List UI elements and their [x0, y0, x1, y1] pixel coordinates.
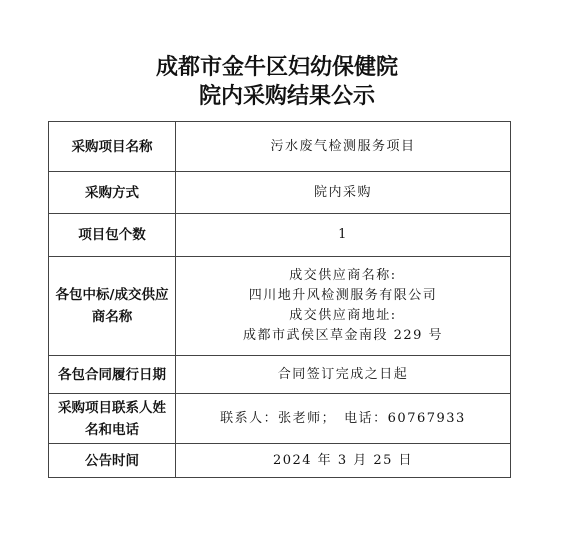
value-contact: 联系人：张老师； 电话：60767933	[176, 394, 511, 444]
label-supplier: 各包中标/成交供应 商名称	[49, 257, 176, 356]
supplier-name-label: 成交供应商名称:	[176, 266, 510, 286]
label-contract-date: 各包合同履行日期	[49, 356, 176, 394]
label-contact: 采购项目联系人姓 名和电话	[49, 394, 176, 444]
supplier-address-label: 成交供应商地址:	[176, 306, 510, 326]
document-title-line1: 成都市金牛区妇幼保健院	[0, 50, 558, 81]
supplier-name: 四川地升风检测服务有限公司	[176, 286, 510, 306]
label-supplier-line1: 各包中标/成交供应	[49, 284, 175, 306]
table-row-contract-date: 各包合同履行日期 合同签订完成之日起	[49, 356, 511, 394]
value-supplier: 成交供应商名称: 四川地升风检测服务有限公司 成交供应商地址: 成都市武侯区草金…	[176, 257, 511, 356]
label-supplier-line2: 商名称	[49, 306, 175, 328]
document-title-line2: 院内采购结果公示	[6, 79, 562, 110]
table-row-announcement-date: 公告时间 2024 年 3 月 25 日	[49, 444, 511, 478]
label-procurement-method: 采购方式	[49, 172, 176, 214]
value-procurement-method: 院内采购	[176, 172, 511, 214]
table-row-package-count: 项目包个数 1	[49, 214, 511, 257]
label-project-name: 采购项目名称	[49, 122, 176, 172]
value-announcement-date: 2024 年 3 月 25 日	[176, 444, 511, 478]
label-contact-line2: 名和电话	[49, 419, 175, 441]
value-project-name: 污水废气检测服务项目	[176, 122, 511, 172]
table-row-contact: 采购项目联系人姓 名和电话 联系人：张老师； 电话：60767933	[49, 394, 511, 444]
table-row-supplier: 各包中标/成交供应 商名称 成交供应商名称: 四川地升风检测服务有限公司 成交供…	[49, 257, 511, 356]
value-package-count: 1	[176, 214, 511, 257]
label-contact-line1: 采购项目联系人姓	[49, 397, 175, 419]
label-package-count: 项目包个数	[49, 214, 176, 257]
label-announcement-date: 公告时间	[49, 444, 176, 478]
procurement-result-table: 采购项目名称 污水废气检测服务项目 采购方式 院内采购 项目包个数 1 各包中标…	[48, 121, 511, 478]
table-row-procurement-method: 采购方式 院内采购	[49, 172, 511, 214]
table-row-project-name: 采购项目名称 污水废气检测服务项目	[49, 122, 511, 172]
value-contract-date: 合同签订完成之日起	[176, 356, 511, 394]
supplier-address: 成都市武侯区草金南段 229 号	[176, 326, 510, 346]
